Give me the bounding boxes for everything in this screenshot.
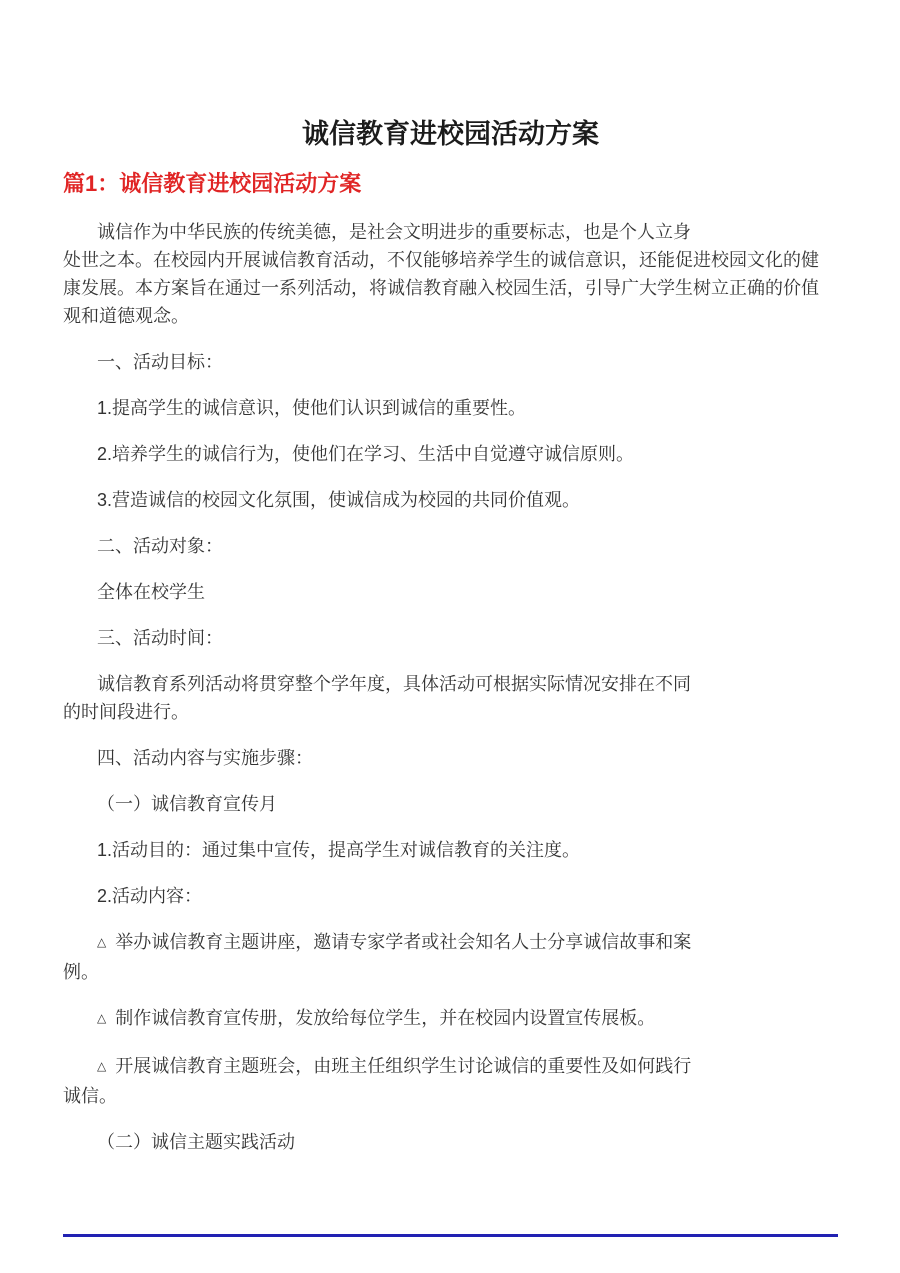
- paragraph: 四、活动内容与实施步骤：: [63, 744, 838, 772]
- document-content: 诚信教育进校园活动方案 篇1：诚信教育进校园活动方案 诚信作为中华民族的传统美德…: [0, 0, 900, 1237]
- paragraph: 2.培养学生的诚信行为，使他们在学习、生活中自觉遵守诚信原则。: [63, 440, 838, 468]
- paragraph: 二、活动对象：: [63, 532, 838, 560]
- paragraph-line: 观和道德观念。: [63, 302, 838, 330]
- document-page: 诚信教育进校园活动方案 篇1：诚信教育进校园活动方案 诚信作为中华民族的传统美德…: [0, 0, 900, 1273]
- paragraph-line: 例。: [63, 958, 838, 986]
- paragraph-line: △制作诚信教育宣传册，发放给每位学生，并在校园内设置宣传展板。: [63, 1004, 838, 1034]
- paragraph-line: 2.培养学生的诚信行为，使他们在学习、生活中自觉遵守诚信原则。: [63, 440, 838, 468]
- section-heading: 篇1：诚信教育进校园活动方案: [63, 168, 838, 200]
- paragraph-line: 1.活动目的：通过集中宣传，提高学生对诚信教育的关注度。: [63, 836, 838, 864]
- paragraph: 3.营造诚信的校园文化氛围，使诚信成为校园的共同价值观。: [63, 486, 838, 514]
- divider-line: [63, 1234, 838, 1237]
- paragraph-line: （一）诚信教育宣传月: [63, 790, 838, 818]
- paragraph-line: 三、活动时间：: [63, 624, 838, 652]
- paragraph-line: △举办诚信教育主题讲座，邀请专家学者或社会知名人士分享诚信故事和案: [63, 928, 838, 958]
- bullet-text: 开展诚信教育主题班会，由班主任组织学生讨论诚信的重要性及如何践行: [115, 1056, 691, 1076]
- paragraph-line: 诚信教育系列活动将贯穿整个学年度，具体活动可根据实际情况安排在不同: [63, 670, 838, 698]
- paragraph bullet-item: △制作诚信教育宣传册，发放给每位学生，并在校园内设置宣传展板。: [63, 1004, 838, 1034]
- paragraph: （二）诚信主题实践活动: [63, 1128, 838, 1156]
- paragraph: 2.活动内容：: [63, 882, 838, 910]
- paragraph: 诚信教育系列活动将贯穿整个学年度，具体活动可根据实际情况安排在不同 的时间段进行…: [63, 670, 838, 726]
- paragraph-line: 四、活动内容与实施步骤：: [63, 744, 838, 772]
- document-title: 诚信教育进校园活动方案: [63, 116, 838, 152]
- paragraph-line: △开展诚信教育主题班会，由班主任组织学生讨论诚信的重要性及如何践行: [63, 1052, 838, 1082]
- paragraph: 1.活动目的：通过集中宣传，提高学生对诚信教育的关注度。: [63, 836, 838, 864]
- paragraph-line: 处世之本。在校园内开展诚信教育活动，不仅能够培养学生的诚信意识，还能促进校园文化…: [63, 246, 838, 274]
- paragraph: 三、活动时间：: [63, 624, 838, 652]
- paragraph-line: 的时间段进行。: [63, 698, 838, 726]
- triangle-bullet-icon: △: [97, 1052, 106, 1080]
- paragraph: 全体在校学生: [63, 578, 838, 606]
- paragraph-line: 1.提高学生的诚信意识，使他们认识到诚信的重要性。: [63, 394, 838, 422]
- triangle-bullet-icon: △: [97, 928, 106, 956]
- paragraph-line: 一、活动目标：: [63, 348, 838, 376]
- triangle-bullet-icon: △: [97, 1004, 106, 1032]
- paragraph bullet-item: △举办诚信教育主题讲座，邀请专家学者或社会知名人士分享诚信故事和案 例。: [63, 928, 838, 986]
- paragraph-line: 康发展。本方案旨在通过一系列活动，将诚信教育融入校园生活，引导广大学生树立正确的…: [63, 274, 838, 302]
- paragraph bullet-item: △开展诚信教育主题班会，由班主任组织学生讨论诚信的重要性及如何践行 诚信。: [63, 1052, 838, 1110]
- paragraph-line: 诚信。: [63, 1082, 838, 1110]
- paragraph: 诚信作为中华民族的传统美德，是社会文明进步的重要标志，也是个人立身 处世之本。在…: [63, 218, 838, 330]
- paragraph-line: 诚信作为中华民族的传统美德，是社会文明进步的重要标志，也是个人立身: [63, 218, 838, 246]
- paragraph: 一、活动目标：: [63, 348, 838, 376]
- paragraph-line: 二、活动对象：: [63, 532, 838, 560]
- paragraph-line: 2.活动内容：: [63, 882, 838, 910]
- paragraph-line: 3.营造诚信的校园文化氛围，使诚信成为校园的共同价值观。: [63, 486, 838, 514]
- paragraph: （一）诚信教育宣传月: [63, 790, 838, 818]
- bullet-text: 制作诚信教育宣传册，发放给每位学生，并在校园内设置宣传展板。: [115, 1008, 655, 1028]
- bullet-text: 举办诚信教育主题讲座，邀请专家学者或社会知名人士分享诚信故事和案: [115, 932, 691, 952]
- paragraph-line: （二）诚信主题实践活动: [63, 1128, 838, 1156]
- paragraph: 1.提高学生的诚信意识，使他们认识到诚信的重要性。: [63, 394, 838, 422]
- paragraph-line: 全体在校学生: [63, 578, 838, 606]
